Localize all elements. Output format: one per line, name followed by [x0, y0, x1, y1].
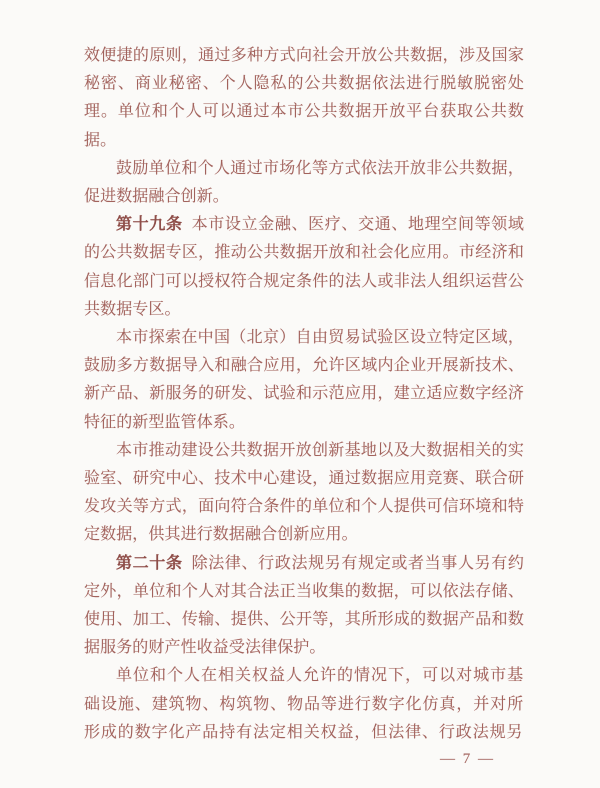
- paragraph: 第十九条本市设立金融、医疗、交通、地理空间等领域的公共数据专区，推动公共数据开放…: [84, 211, 524, 324]
- paragraph: 单位和个人在相关权益人允许的情况下，可以对城市基础设施、建筑物、构筑物、物品等进…: [84, 662, 524, 747]
- paragraph: 第二十条除法律、行政法规另有规定或者当事人另有约定外，单位和个人对其合法正当收集…: [84, 550, 524, 663]
- document-page: 效便捷的原则，通过多种方式向社会开放公共数据，涉及国家秘密、商业秘密、个人隐私的…: [0, 0, 600, 788]
- page-number: — 7 —: [440, 751, 495, 768]
- paragraph-text: 效便捷的原则，通过多种方式向社会开放公共数据，涉及国家秘密、商业秘密、个人隐私的…: [84, 47, 524, 149]
- paragraph-text: 鼓励单位和个人通过市场化等方式依法开放非公共数据，促进数据融合创新。: [84, 160, 524, 205]
- paragraph: 本市探索在中国（北京）自由贸易试验区设立特定区域，鼓励多方数据导入和融合应用，允…: [84, 324, 524, 437]
- paragraph-text: 本市推动建设公共数据开放创新基地以及大数据相关的实验室、研究中心、技术中心建设，…: [84, 442, 524, 544]
- article-number: 第十九条: [116, 216, 183, 233]
- paragraph: 鼓励单位和个人通过市场化等方式依法开放非公共数据，促进数据融合创新。: [84, 155, 524, 211]
- paragraph: 效便捷的原则，通过多种方式向社会开放公共数据，涉及国家秘密、商业秘密、个人隐私的…: [84, 42, 524, 155]
- paragraph-text: 本市探索在中国（北京）自由贸易试验区设立特定区域，鼓励多方数据导入和融合应用，允…: [84, 329, 524, 431]
- paragraph-text: 单位和个人在相关权益人允许的情况下，可以对城市基础设施、建筑物、构筑物、物品等进…: [84, 667, 524, 740]
- article-number: 第二十条: [116, 555, 183, 572]
- paragraph: 本市推动建设公共数据开放创新基地以及大数据相关的实验室、研究中心、技术中心建设，…: [84, 437, 524, 550]
- document-body: 效便捷的原则，通过多种方式向社会开放公共数据，涉及国家秘密、商业秘密、个人隐私的…: [84, 42, 524, 747]
